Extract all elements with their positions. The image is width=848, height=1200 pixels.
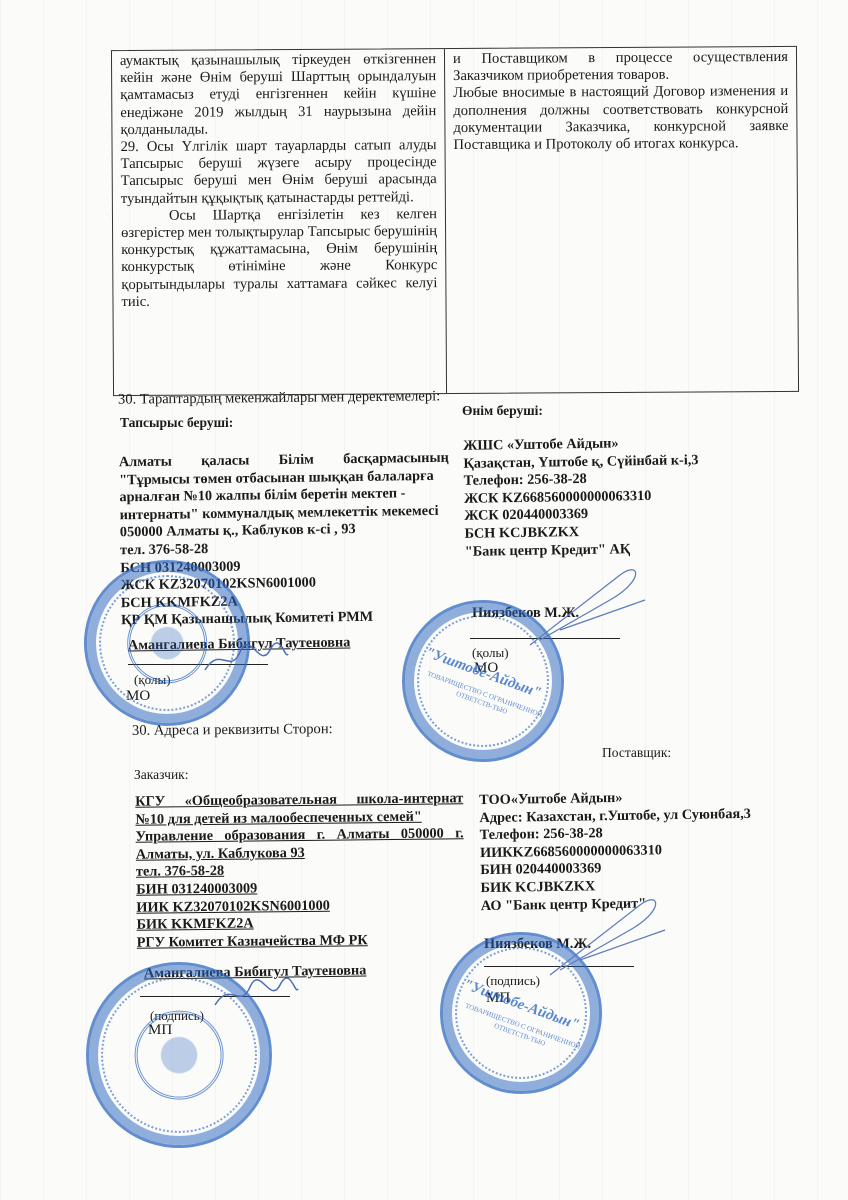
kz-section-heading: 30. Тараптардың мекенжайлары мен деректе… bbox=[118, 388, 440, 409]
kz-customer-label: Тапсырыс беруші: bbox=[120, 414, 233, 432]
clause-table: аумактық қазынашылық тіркеуден өткізгенн… bbox=[111, 46, 799, 396]
ru-supplier-label: Поставщик: bbox=[602, 744, 671, 762]
customer-signature-scribble-icon-2 bbox=[210, 975, 300, 1015]
kz-supplier-details: ЖШС «Уштобе Айдын» Қазақстан, Үштобе қ, … bbox=[463, 434, 700, 561]
ru-customer-label: Заказчик: bbox=[134, 766, 189, 784]
kz-supplier-line: "Банк центр Кредит" АҚ bbox=[465, 540, 700, 561]
kazakhstan-emblem-icon bbox=[127, 603, 207, 683]
supplier-signature-scribble-icon bbox=[520, 560, 650, 650]
ru-customer-details: КГУ «Общеобразовательная школа-интернат … bbox=[135, 790, 465, 952]
supplier-signature-scribble-icon-2 bbox=[540, 890, 670, 980]
ru-customer-line: РГУ Комитет Казначейства МФ РК bbox=[137, 931, 465, 952]
clause-kz-paragraph-amendments: Осы Шартқа енгізілетін кез келген өзгері… bbox=[121, 206, 438, 311]
clause-column-russian: и Поставщиком в процессе осуществления З… bbox=[445, 47, 798, 393]
clause-kz-paragraph-1: аумактық қазынашылық тіркеуден өткізгенн… bbox=[120, 51, 437, 139]
clause-column-kazakh: аумактық қазынашылық тіркеуден өткізгенн… bbox=[112, 49, 447, 395]
ru-customer-line: Управление образования г. Алматы 050000 … bbox=[136, 825, 464, 846]
kz-supplier-label: Өнім беруші: bbox=[462, 402, 543, 420]
clause-ru-paragraph-1: и Поставщиком в процессе осуществления З… bbox=[453, 49, 788, 85]
kazakhstan-emblem-icon bbox=[135, 1011, 224, 1100]
customer-signature-scribble-icon bbox=[200, 640, 290, 680]
clause-kz-paragraph-29: 29. Осы Үлгілік шарт тауарларды сатып ал… bbox=[120, 137, 436, 208]
clause-ru-paragraph-amendments: Любые вносимые в настоящий Договор измен… bbox=[453, 83, 788, 154]
